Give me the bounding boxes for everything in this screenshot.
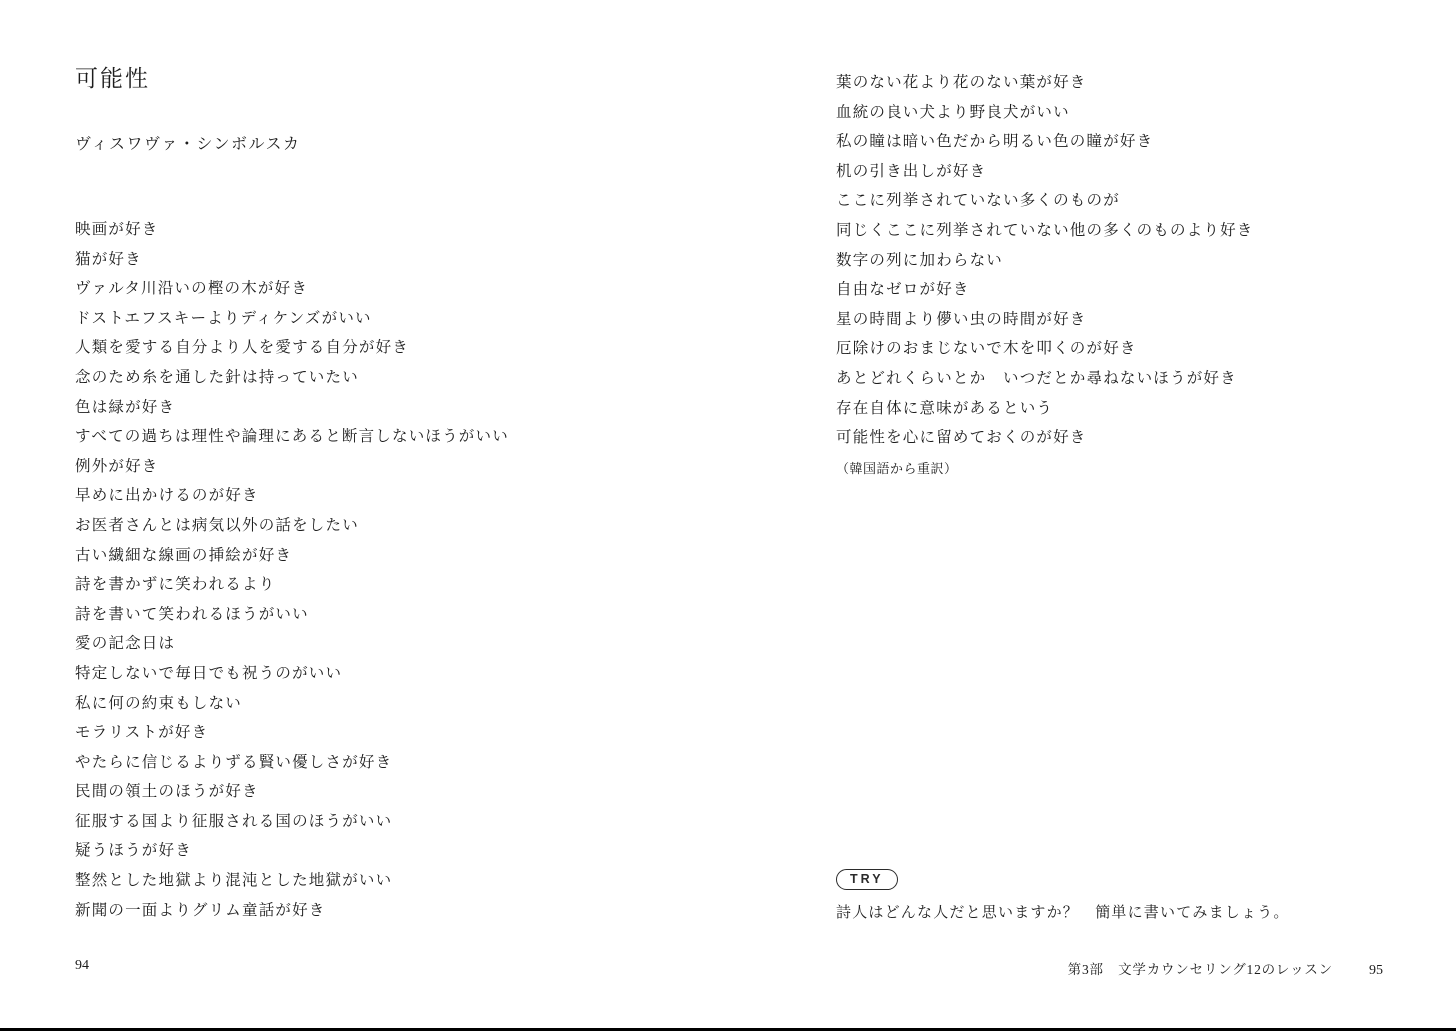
poem-line: 人類を愛する自分より人を愛する自分が好き — [75, 333, 509, 363]
poem-line: 疑うほうが好き — [75, 836, 509, 866]
poem-line: 早めに出かけるのが好き — [75, 481, 509, 511]
poem-line: 念のため糸を通した針は持っていたい — [75, 363, 509, 393]
poem-left-column: 映画が好き猫が好きヴァルタ川沿いの樫の木が好きドストエフスキーよりディケンズがい… — [75, 215, 509, 925]
poem-line: 色は緑が好き — [75, 393, 509, 423]
poem-line: 古い繊細な線画の挿絵が好き — [75, 541, 509, 571]
poem-line: ドストエフスキーよりディケンズがいい — [75, 304, 509, 334]
poem-line: 厄除けのおまじないで木を叩くのが好き — [836, 334, 1254, 364]
poem-line: 私に何の約束もしない — [75, 689, 509, 719]
page-number-left: 94 — [75, 958, 89, 974]
poem-line: 民間の領土のほうが好き — [75, 777, 509, 807]
poem-line: 私の瞳は暗い色だから明るい色の瞳が好き — [836, 127, 1254, 157]
poem-right-column: 葉のない花より花のない葉が好き血統の良い犬より野良犬がいい私の瞳は暗い色だから明… — [836, 68, 1254, 453]
poem-line: やたらに信じるよりずる賢い優しさが好き — [75, 748, 509, 778]
poem-line: 詩を書いて笑われるほうがいい — [75, 600, 509, 630]
poem-line: 同じくここに列挙されていない他の多くのものより好き — [836, 216, 1254, 246]
poem-line: 存在自体に意味があるという — [836, 394, 1254, 424]
poem-line: 整然とした地獄より混沌とした地獄がいい — [75, 866, 509, 896]
poem-line: お医者さんとは病気以外の話をしたい — [75, 511, 509, 541]
poem-line: ヴァルタ川沿いの樫の木が好き — [75, 274, 509, 304]
poem-line: ここに列挙されていない多くのものが — [836, 186, 1254, 216]
poem-line: 映画が好き — [75, 215, 509, 245]
poem-line: 血統の良い犬より野良犬がいい — [836, 98, 1254, 128]
try-badge: TRY — [836, 869, 898, 890]
poem-line: あとどれくらいとか いつだとか尋ねないほうが好き — [836, 364, 1254, 394]
exercise-prompt: 詩人はどんな人だと思いますか？ 簡単に書いてみましょう。 — [836, 901, 1290, 922]
bottom-rule — [0, 1028, 1456, 1031]
page-number-right: 95 — [1369, 963, 1383, 979]
poem-line: 数字の列に加わらない — [836, 246, 1254, 276]
poem-line: 葉のない花より花のない葉が好き — [836, 68, 1254, 98]
poem-line: 愛の記念日は — [75, 629, 509, 659]
poem-line: 自由なゼロが好き — [836, 275, 1254, 305]
footer-right: 第3部 文学カウンセリング12のレッスン 95 — [1068, 958, 1383, 979]
poem-line: 星の時間より儚い虫の時間が好き — [836, 305, 1254, 335]
translation-note: （韓国語から重訳） — [836, 458, 958, 477]
poem-line: 机の引き出しが好き — [836, 157, 1254, 187]
poem-line: 猫が好き — [75, 245, 509, 275]
poem-title: 可能性 — [75, 60, 150, 93]
poem-author: ヴィスワヴァ・シンボルスカ — [75, 131, 301, 154]
poem-line: 征服する国より征服される国のほうがいい — [75, 807, 509, 837]
poem-line: 可能性を心に留めておくのが好き — [836, 423, 1254, 453]
poem-line: 特定しないで毎日でも祝うのがいい — [75, 659, 509, 689]
poem-line: すべての過ちは理性や論理にあると断言しないほうがいい — [75, 422, 509, 452]
poem-line: 詩を書かずに笑われるより — [75, 570, 509, 600]
footer-chapter-title: 第3部 文学カウンセリング12のレッスン — [1068, 958, 1333, 978]
poem-line: 例外が好き — [75, 452, 509, 482]
poem-line: 新聞の一面よりグリム童話が好き — [75, 896, 509, 926]
poem-line: モラリストが好き — [75, 718, 509, 748]
